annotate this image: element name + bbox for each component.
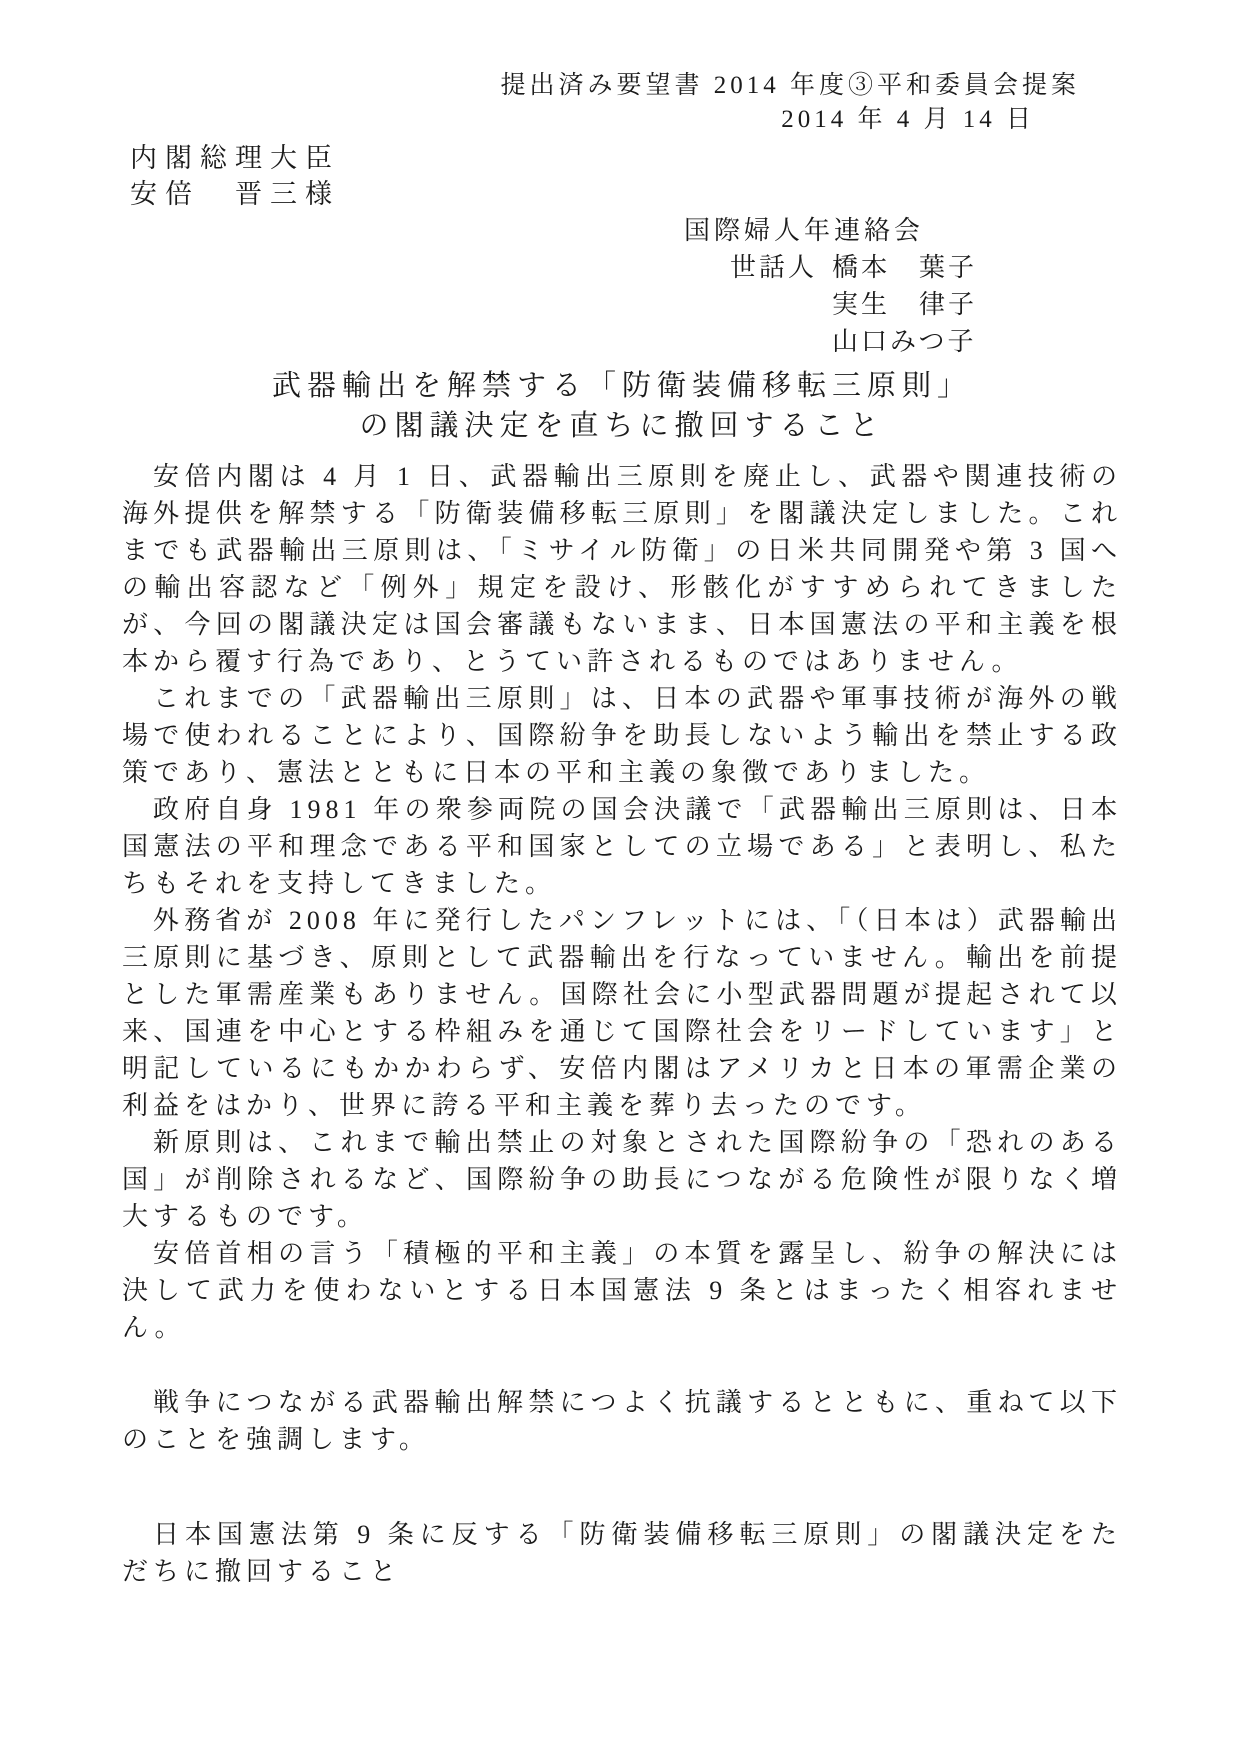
sender-row: 実生 律子 [122, 286, 1122, 323]
protest-paragraph: 戦争につながる武器輸出解禁につよく抗議するとともに、重ねて以下のことを強調します… [122, 1384, 1122, 1458]
sender-row: 山口みつ子 [122, 323, 1122, 360]
body-paragraph: 安倍内閣は 4 月 1 日、武器輸出三原則を廃止し、武器や関連技術の海外提供を解… [122, 458, 1122, 680]
body-paragraph: 政府自身 1981 年の衆参両院の国会決議で「武器輸出三原則は、日本国憲法の平和… [122, 791, 1122, 902]
sender-representative-name: 実生 律子 [832, 286, 977, 323]
sender-representative-name: 山口みつ子 [832, 323, 976, 360]
document-page: 提出済み要望書 2014 年度③平和委員会提案 2014 年 4 月 14 日 … [0, 0, 1240, 1754]
sender-role-label-spacer [730, 286, 832, 323]
sender-organization: 国際婦人年連絡会 [684, 212, 1122, 249]
addressee-name: 安倍 晋三様 [130, 176, 1122, 212]
document-title-line2: の閣議決定を直ちに撤回すること [122, 406, 1122, 446]
addressee-title: 内閣総理大臣 [130, 140, 1122, 176]
body-paragraph: これまでの「武器輸出三原則」は、日本の武器や軍事技術が海外の戦場で使われることに… [122, 680, 1122, 791]
body-paragraph: 外務省が 2008 年に発行したパンフレットには、「（日本は）武器輸出三原則に基… [122, 902, 1122, 1124]
header-date: 2014 年 4 月 14 日 [122, 104, 1122, 136]
sender-representative-name: 橋本 葉子 [832, 249, 977, 286]
demand-paragraph: 日本国憲法第 9 条に反する「防衛装備移転三原則」の閣議決定をただちに撤回するこ… [122, 1516, 1122, 1590]
document-title-line1: 武器輸出を解禁する「防衛装備移転三原則」 [122, 366, 1122, 406]
header-submitted-note: 提出済み要望書 2014 年度③平和委員会提案 [122, 70, 1122, 102]
sender-role-label: 世話人 [730, 249, 832, 286]
sender-row: 世話人 橋本 葉子 [122, 249, 1122, 286]
body-paragraph: 安倍首相の言う「積極的平和主義」の本質を露呈し、紛争の解決には決して武力を使わな… [122, 1235, 1122, 1346]
sender-role-label-spacer [730, 323, 832, 360]
body-paragraph: 新原則は、これまで輸出禁止の対象とされた国際紛争の「恐れのある国」が削除されるな… [122, 1124, 1122, 1235]
